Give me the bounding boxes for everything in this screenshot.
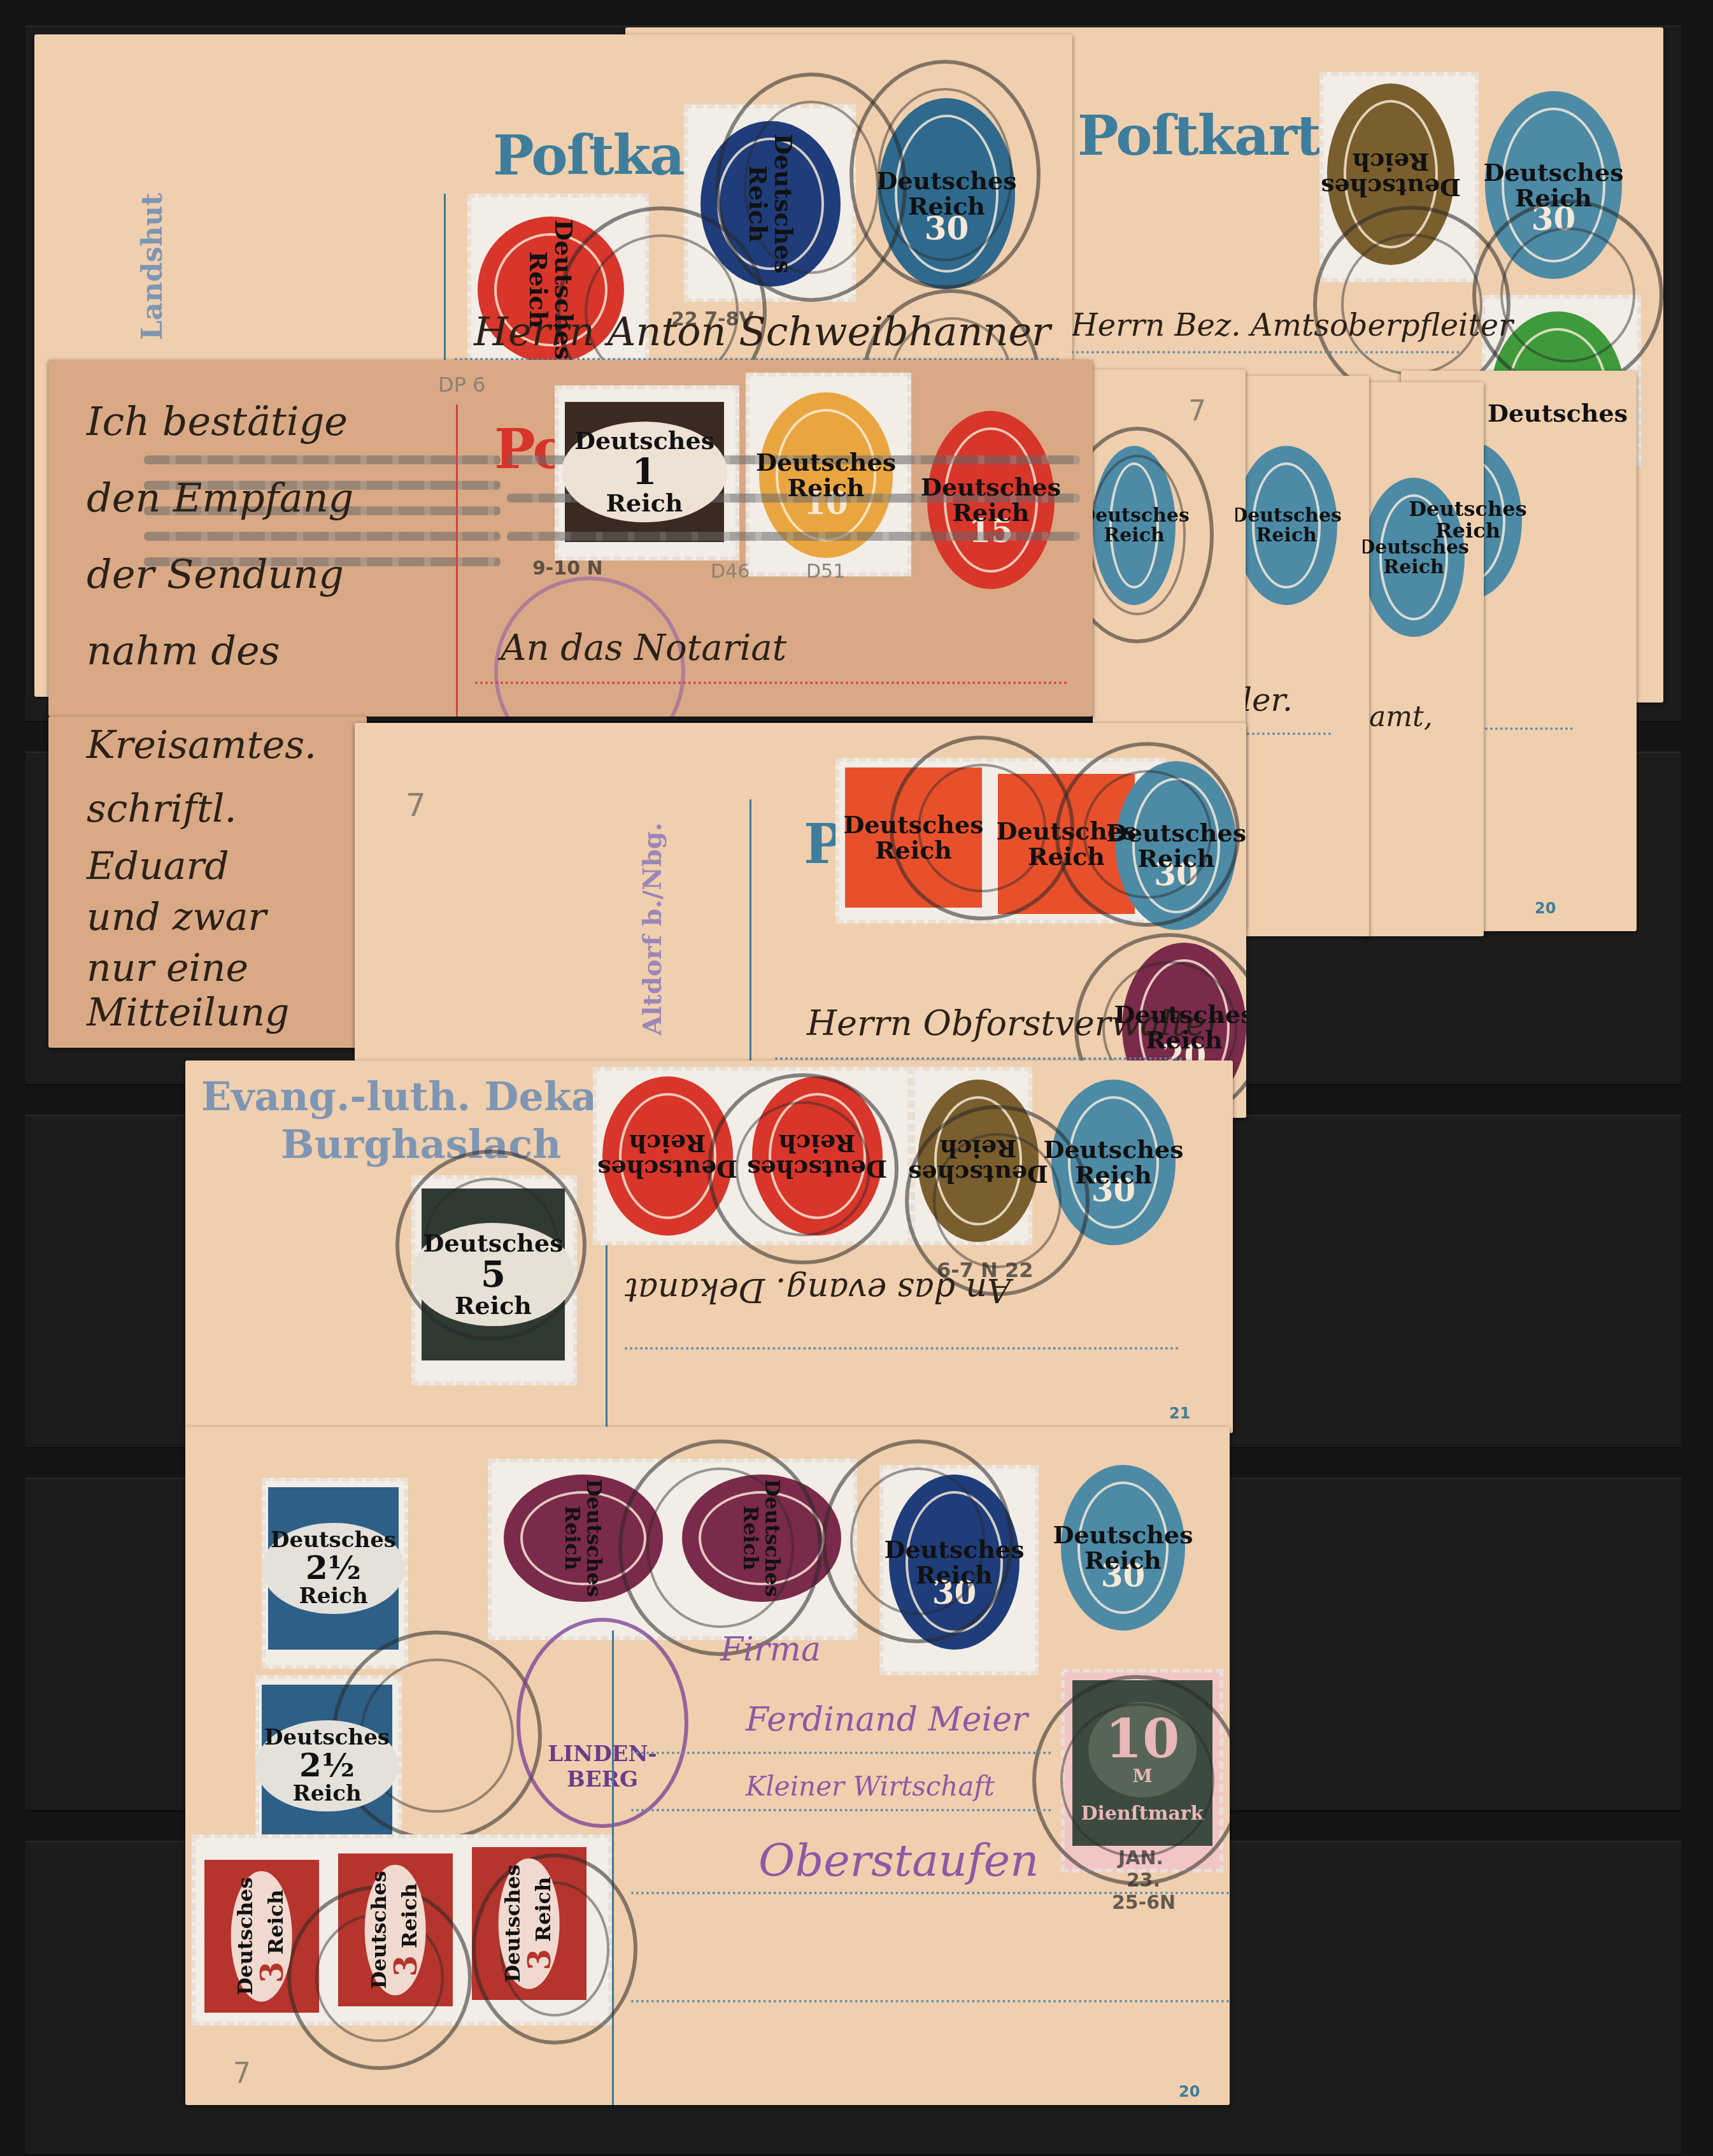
letter-line: Ich bestätige bbox=[87, 398, 348, 445]
handwritten-address-inverted: An das evang. Dekanat bbox=[625, 1271, 1011, 1309]
address-line bbox=[1242, 732, 1331, 735]
letter-line: Eduard bbox=[87, 844, 229, 889]
handwritten-fragment: amt, bbox=[1369, 701, 1433, 733]
oval-stamp-30: DeutschesReich bbox=[1235, 446, 1337, 605]
oval-stamp-30: DeutschesReich 30 bbox=[1061, 1465, 1185, 1631]
address-line bbox=[1071, 351, 1460, 353]
postcard-lindenberg: Deutsches 2½ Reich Deutsches 2½ Reich De… bbox=[185, 1427, 1230, 2105]
letter-line: und zwar bbox=[87, 895, 266, 939]
address-line-2: Ferdinand Meier bbox=[746, 1701, 1028, 1739]
address-line-4: Oberstaufen bbox=[758, 1834, 1039, 1887]
postcard-burghaslach: Evang.-luth. Dekan Burghaslach Deutsches… bbox=[185, 1060, 1233, 1433]
pencil-note: 7 bbox=[1188, 395, 1206, 427]
handwritten-address: An das Notariat bbox=[501, 627, 786, 669]
letter-line: Kreisamtes. bbox=[87, 723, 316, 767]
form-number: 21 bbox=[1169, 1404, 1190, 1422]
postmark-year: 23. bbox=[1127, 1869, 1160, 1892]
postmark bbox=[1472, 199, 1663, 390]
postmark bbox=[618, 1439, 822, 1656]
rect-stamp-1-mark: Deutsches 1 Reich bbox=[565, 402, 724, 542]
sender-cachet: Landshut bbox=[136, 193, 169, 340]
card-divider bbox=[606, 1245, 608, 1433]
pencil-note: DP 6 bbox=[438, 373, 485, 397]
pencil-note: D51 bbox=[806, 560, 845, 583]
stamp: DeutschesReich 10 bbox=[746, 373, 911, 576]
letter-line: nur eine bbox=[87, 946, 248, 990]
sender-cachet: Altdorf b./Nbg. bbox=[637, 822, 667, 1036]
address-line bbox=[475, 682, 1067, 684]
sender-line-1: Evang.-luth. Dekan bbox=[201, 1073, 625, 1120]
postmark-time: 25-6N bbox=[1112, 1892, 1176, 1914]
machine-cancel-line bbox=[507, 532, 1080, 541]
postcard-handwritten: Ich bestätige den Empfang der Sendung na… bbox=[48, 360, 1093, 717]
address-line bbox=[631, 1752, 1051, 1754]
postcard-altdorf: 7 Altdorf b./Nbg. Po DeutschesReich Deut… bbox=[355, 723, 1246, 1118]
stacked-card-2: DeutschesReich ler. bbox=[1235, 376, 1369, 936]
letter-line: den Empfang bbox=[87, 475, 353, 521]
letter-line: Mitteilung bbox=[87, 990, 289, 1035]
letter-line: schriftl. bbox=[87, 787, 237, 831]
pencil-note: 7 bbox=[406, 787, 426, 824]
address-line-1: Firma bbox=[720, 1631, 821, 1669]
stacked-card-3: DeutschesReich amt, bbox=[1363, 382, 1484, 936]
address-line-3: Kleiner Wirtschaft bbox=[746, 1771, 995, 1802]
card-divider bbox=[456, 404, 458, 717]
card-divider bbox=[612, 1631, 614, 2105]
machine-cancel-line bbox=[144, 532, 501, 541]
card-title: Poſtkarte bbox=[1077, 104, 1354, 168]
pencil-note: D46 bbox=[711, 560, 750, 583]
form-number: 20 bbox=[1179, 2083, 1200, 2101]
letter-line: der Sendung bbox=[87, 551, 344, 597]
pencil-note: 7 bbox=[233, 2057, 251, 2090]
address-line bbox=[625, 1347, 1179, 1350]
handwritten-address: Herrn Bez. Amtsoberpfleiter bbox=[1071, 308, 1513, 343]
customs-cachet: LINDEN- BERG bbox=[516, 1618, 688, 1828]
letter-line: nahm des bbox=[87, 627, 280, 674]
address-line bbox=[631, 1892, 1230, 1894]
address-line bbox=[631, 2000, 1230, 2003]
form-number: 20 bbox=[1535, 899, 1556, 917]
postmark-month: JAN. bbox=[1118, 1847, 1163, 1869]
oval-stamp-15: DeutschesReich bbox=[602, 1076, 733, 1236]
postcard-handwritten-lower: Kreisamtes. schriftl. Eduard und zwar nu… bbox=[48, 717, 367, 1048]
handwritten-fragment: ler. bbox=[1242, 682, 1293, 718]
oval-stamp-15: DeutschesReich 15 bbox=[927, 411, 1055, 589]
rect-stamp-2half-mark: Deutsches 2½ Reich bbox=[268, 1487, 399, 1650]
address-line bbox=[631, 1809, 1051, 1811]
machine-cancel-line bbox=[144, 455, 501, 464]
address-line bbox=[775, 1057, 1183, 1060]
